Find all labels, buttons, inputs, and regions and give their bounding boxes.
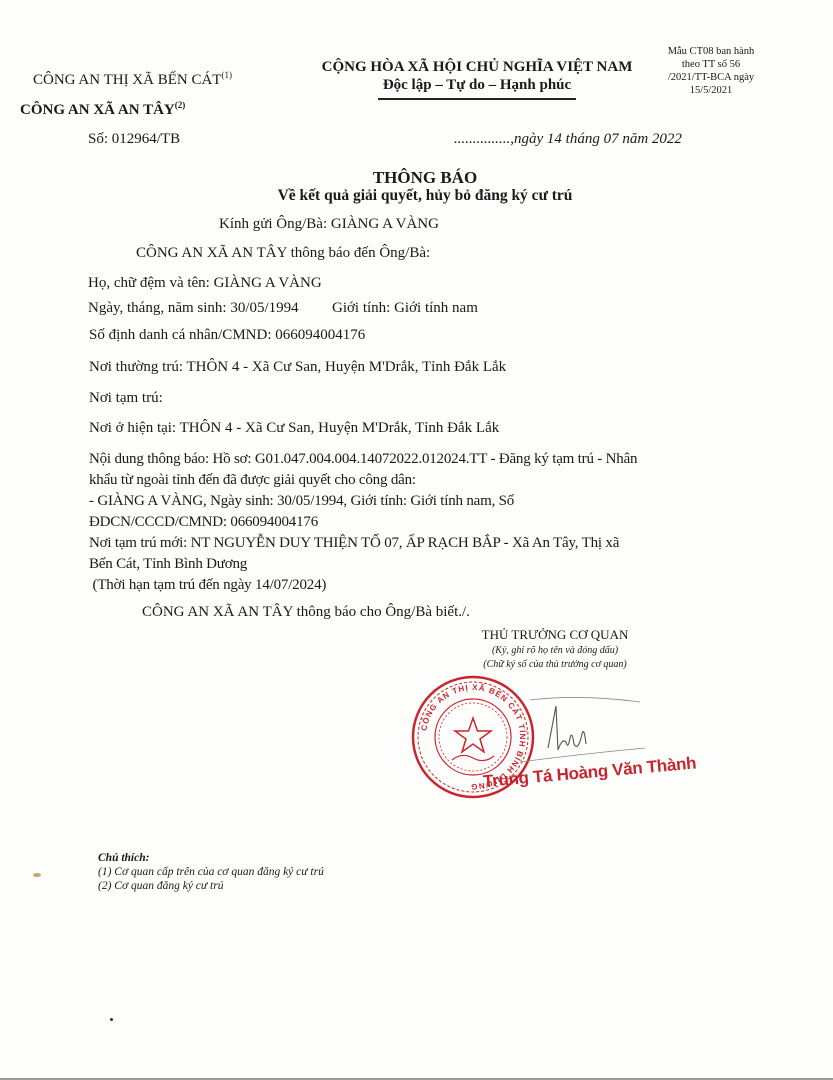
form-note-line: theo TT số 56 bbox=[648, 58, 774, 71]
footnote-item: (1) Cơ quan cấp trên của cơ quan đăng ký… bbox=[98, 865, 324, 879]
form-note-line: Mẫu CT08 ban hành bbox=[648, 45, 774, 58]
document-subtitle: Về kết quả giải quyết, hủy bỏ đăng ký cư… bbox=[200, 187, 650, 205]
scan-speck bbox=[110, 1018, 113, 1021]
signature-instruction: (Ký, ghi rõ họ tên và đóng dấu) bbox=[440, 645, 670, 656]
closing-line: CÔNG AN XÃ AN TÂY thông báo cho Ông/Bà b… bbox=[142, 604, 470, 621]
scan-speck bbox=[33, 873, 41, 877]
permanent-residence: Nơi thường trú: THÔN 4 - Xã Cư San, Huyệ… bbox=[89, 359, 506, 376]
superior-agency-name: CÔNG AN THỊ XÃ BẾN CÁT bbox=[33, 72, 221, 88]
footnotes-title: Chú thích: bbox=[98, 851, 324, 865]
national-motto: Độc lập – Tự do – Hạnh phúc bbox=[312, 77, 642, 94]
full-name: Họ, chữ đệm và tên: GIÀNG A VÀNG bbox=[88, 275, 322, 292]
content-line: Bến Cát, Tỉnh Bình Dương bbox=[89, 554, 637, 575]
form-note-line: /2021/TT-BCA ngày bbox=[648, 71, 774, 84]
form-note-line: 15/5/2021 bbox=[648, 84, 774, 97]
footnote-ref-1: (1) bbox=[221, 70, 232, 80]
superior-agency: CÔNG AN THỊ XÃ BẾN CÁT(1) bbox=[33, 70, 232, 89]
content-line: khẩu từ ngoài tỉnh đến đã được giải quyế… bbox=[89, 470, 637, 491]
signature-digital-note: (Chữ ký số của thủ trưởng cơ quan) bbox=[440, 659, 670, 670]
issue-date: ...............,ngày 14 tháng 07 năm 202… bbox=[454, 131, 682, 148]
notice-content: Nội dung thông báo: Hồ sơ: G01.047.004.0… bbox=[89, 449, 637, 596]
content-line: Nơi tạm trú mới: NT NGUYỄN DUY THIỆN TỔ … bbox=[89, 533, 637, 554]
issuing-agency-name: CÔNG AN XÃ AN TÂY bbox=[20, 102, 175, 118]
footnotes: Chú thích: (1) Cơ quan cấp trên của cơ q… bbox=[98, 851, 324, 893]
content-line: ĐDCN/CCCD/CMND: 066094004176 bbox=[89, 512, 637, 533]
national-title: CỘNG HÒA XÃ HỘI CHỦ NGHĨA VIỆT NAM bbox=[312, 59, 642, 76]
footnote-item: (2) Cơ quan đăng ký cư trú bbox=[98, 879, 324, 893]
gender: Giới tính: Giới tính nam bbox=[332, 300, 478, 317]
motto-underline bbox=[378, 98, 576, 100]
temporary-residence: Nơi tạm trú: bbox=[89, 390, 163, 407]
document-number: Số: 012964/TB bbox=[88, 131, 180, 148]
intro-line: CÔNG AN XÃ AN TÂY thông báo đến Ông/Bà: bbox=[136, 245, 430, 262]
document-title: THÔNG BÁO bbox=[200, 168, 650, 188]
form-note: Mẫu CT08 ban hành theo TT số 56 /2021/TT… bbox=[648, 45, 774, 97]
signatory-role: THỦ TRƯỞNG CƠ QUAN bbox=[440, 627, 670, 643]
content-line: Nội dung thông báo: Hồ sơ: G01.047.004.0… bbox=[89, 449, 637, 470]
recipient: Kính gửi Ông/Bà: GIÀNG A VÀNG bbox=[219, 216, 439, 233]
issuing-agency: CÔNG AN XÃ AN TÂY(2) bbox=[20, 100, 185, 119]
footnote-ref-2: (2) bbox=[175, 100, 186, 110]
date-of-birth: Ngày, tháng, năm sinh: 30/05/1994 bbox=[88, 300, 299, 317]
content-line: - GIÀNG A VÀNG, Ngày sinh: 30/05/1994, G… bbox=[89, 491, 637, 512]
id-number: Số định danh cá nhân/CMND: 066094004176 bbox=[89, 327, 365, 344]
current-residence: Nơi ở hiện tại: THÔN 4 - Xã Cư San, Huyệ… bbox=[89, 420, 499, 437]
content-line: (Thời hạn tạm trú đến ngày 14/07/2024) bbox=[89, 575, 637, 596]
